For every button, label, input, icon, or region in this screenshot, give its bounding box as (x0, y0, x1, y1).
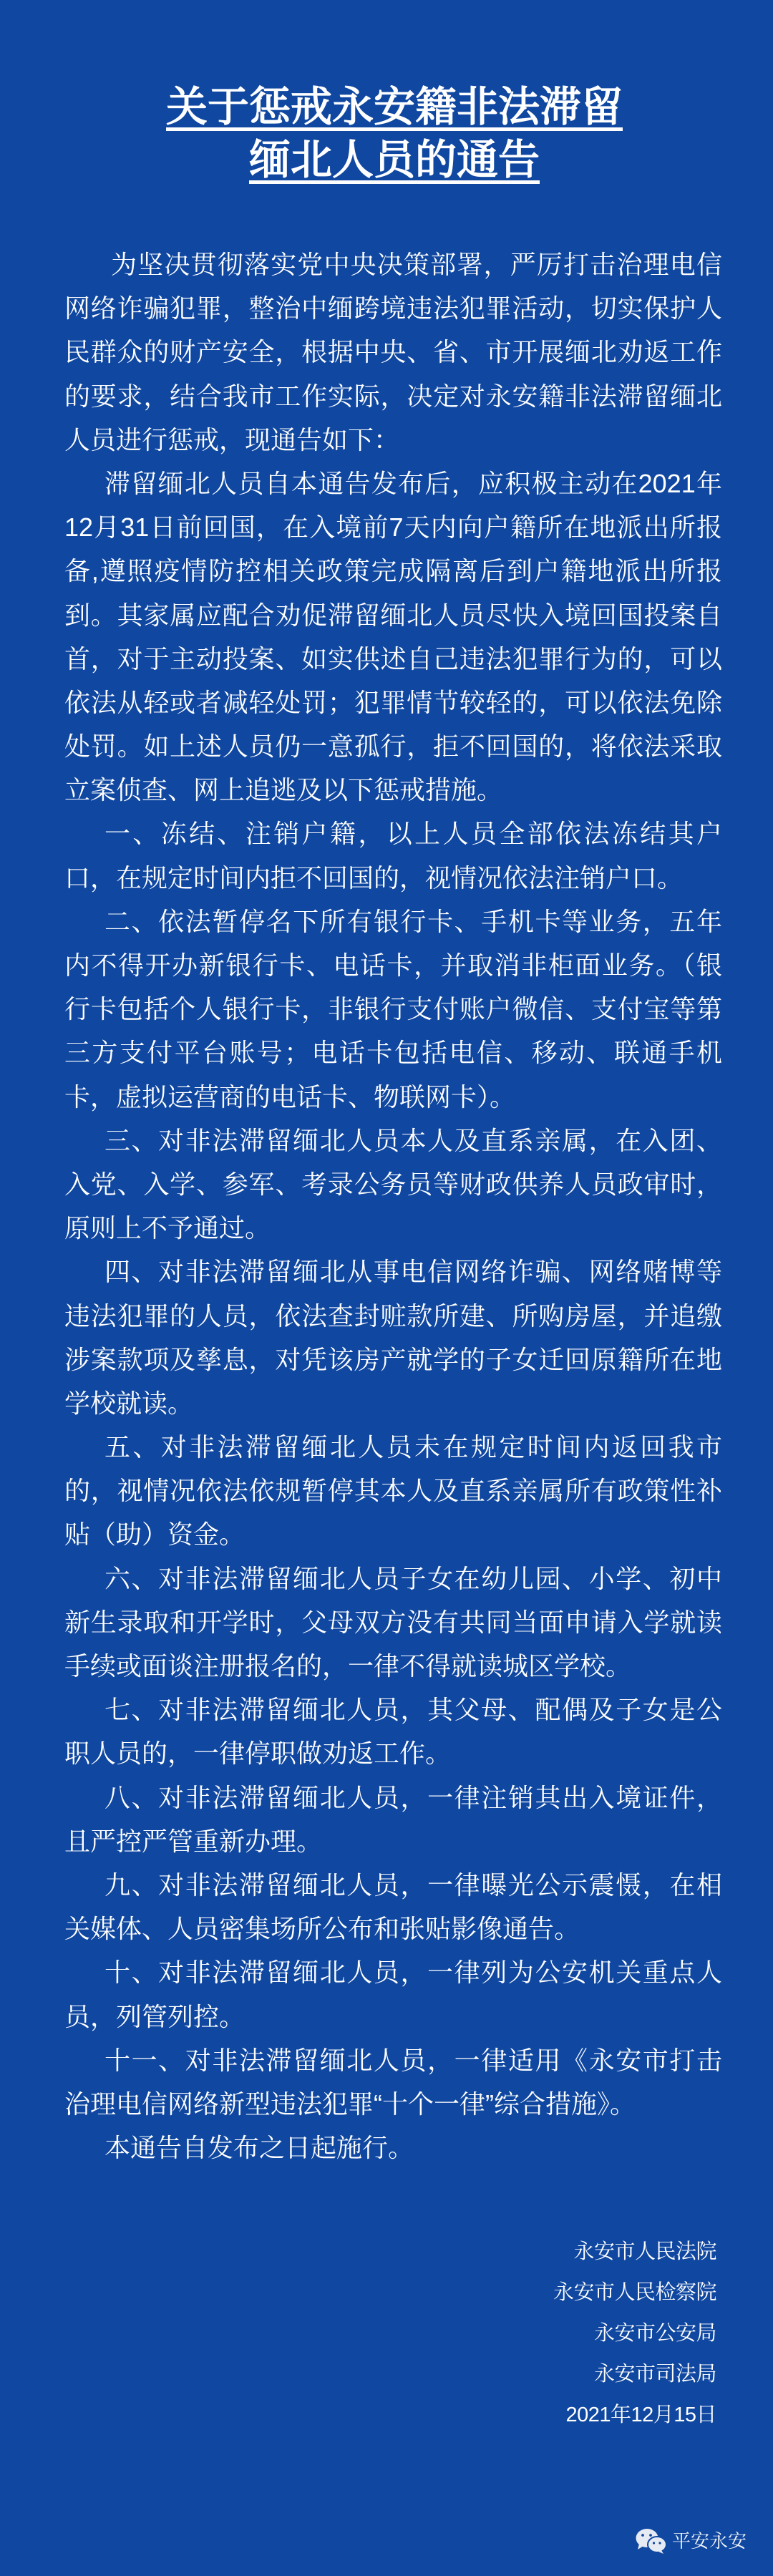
paragraph-intro: 为坚决贯彻落实党中央决策部署，严厉打击治理电信 网络诈骗犯罪，整治中缅跨境违法犯… (64, 243, 722, 462)
text-line: 学校就读。 (64, 1381, 722, 1425)
text-line: 原则上不予通过。 (64, 1206, 722, 1250)
paragraph-effective-date: 本通告自发布之日起施行。 (64, 2126, 722, 2169)
text-line: 十一、对非法滞留缅北人员，一律适用《永安市打击 (64, 2038, 722, 2082)
text-line: 涉案款项及孳息，对凭该房产就学的子女迁回原籍所在地 (64, 1338, 722, 1381)
text-line: 到。其家属应配合劝促滞留缅北人员尽快入境回国投案自 (64, 593, 722, 637)
text-line: 贴（助）资金。 (64, 1512, 722, 1556)
text-line: 七、对非法滞留缅北人员，其父母、配偶及子女是公 (64, 1688, 722, 1731)
measure-4-property-seizure: 四、对非法滞留缅北从事电信网络诈骗、网络赌博等 违法犯罪的人员，依法查封赃款所建… (64, 1250, 722, 1425)
text-line: 滞留缅北人员自本通告发布后，应积极主动在2021年 (64, 462, 722, 505)
text-line: 九、对非法滞留缅北人员，一律曝光公示震慑，在相 (64, 1863, 722, 1907)
measure-3-political-review: 三、对非法滞留缅北人员本人及直系亲属，在入团、 入党、入学、参军、考录公务员等财… (64, 1119, 722, 1250)
text-line: 违法犯罪的人员，依法查封赃款所建、所购房屋，并追缴 (64, 1294, 722, 1338)
signatory-procuratorate: 永安市人民检察院 (553, 2273, 716, 2313)
signatory-justice-bureau: 永安市司法局 (553, 2354, 716, 2395)
text-line: 的，视情况依法依规暂停其本人及直系亲属所有政策性补 (64, 1469, 722, 1512)
text-line: 且严控严管重新办理。 (64, 1819, 722, 1863)
text-line: 治理电信网络新型违法犯罪“十个一律”综合措施》。 (64, 2082, 722, 2126)
text-line: 二、依法暂停名下所有银行卡、手机卡等业务，五年 (64, 900, 722, 943)
wechat-icon (635, 2528, 668, 2554)
measure-8-exit-entry-documents: 八、对非法滞留缅北人员，一律注销其出入境证件， 且严控严管重新办理。 (64, 1776, 722, 1863)
signatory-public-security-bureau: 永安市公安局 (553, 2313, 716, 2354)
measure-11-comprehensive-measures: 十一、对非法滞留缅北人员，一律适用《永安市打击 治理电信网络新型违法犯罪“十个一… (64, 2038, 722, 2126)
signature-block: 永安市人民法院 永安市人民检察院 永安市公安局 永安市司法局 2021年12月1… (553, 2232, 716, 2436)
notice-title-line-2: 缅北人员的通告 (0, 140, 773, 184)
wechat-watermark: 平安永安 (635, 2527, 747, 2555)
title-text: 缅北人员的通告 (249, 140, 540, 184)
text-line: 入党、入学、参军、考录公务员等财政供养人员政审时， (64, 1162, 722, 1206)
notice-title-line-1: 关于惩戒永安籍非法滞留 (0, 87, 773, 131)
account-name: 平安永安 (672, 2528, 747, 2554)
text-line: 人员进行惩戒，现通告如下： (64, 418, 722, 462)
notice-poster: 关于惩戒永安籍非法滞留 缅北人员的通告 为坚决贯彻落实党中央决策部署，严厉打击治… (0, 0, 773, 2576)
text-line: 立案侦查、网上追逃及以下惩戒措施。 (64, 768, 722, 812)
text-line: 行卡包括个人银行卡，非银行支付账户微信、支付宝等第 (64, 987, 722, 1031)
text-line: 为坚决贯彻落实党中央决策部署，严厉打击治理电信 (64, 243, 722, 286)
text-line: 新生录取和开学时，父母双方没有共同当面申请入学就读 (64, 1600, 722, 1644)
text-line: 四、对非法滞留缅北从事电信网络诈骗、网络赌博等 (64, 1250, 722, 1293)
text-line: 三、对非法滞留缅北人员本人及直系亲属，在入团、 (64, 1119, 722, 1162)
text-line: 备,遵照疫情防控相关政策完成隔离后到户籍地派出所报 (64, 549, 722, 593)
text-line: 口，在规定时间内拒不回国的，视情况依法注销户口。 (64, 856, 722, 900)
text-line: 内不得开办新银行卡、电话卡，并取消非柜面业务。（银 (64, 943, 722, 987)
text-line: 五、对非法滞留缅北人员未在规定时间内返回我市 (64, 1425, 722, 1469)
text-line: 民群众的财产安全，根据中央、省、市开展缅北劝返工作 (64, 330, 722, 374)
text-line: 网络诈骗犯罪，整治中缅跨境违法犯罪活动，切实保护人 (64, 286, 722, 330)
text-line: 三方支付平台账号；电话卡包括电信、移动、联通手机 (64, 1031, 722, 1074)
text-line: 一、冻结、注销户籍，以上人员全部依法冻结其户 (64, 812, 722, 855)
text-line: 首，对于主动投案、如实供述自己违法犯罪行为的，可以 (64, 637, 722, 681)
paragraph-return-deadline: 滞留缅北人员自本通告发布后，应积极主动在2021年 12月31日前回国，在入境前… (64, 462, 722, 812)
measure-1-household-registration: 一、冻结、注销户籍，以上人员全部依法冻结其户 口，在规定时间内拒不回国的，视情况… (64, 812, 722, 899)
text-line: 关媒体、人员密集场所公布和张贴影像通告。 (64, 1907, 722, 1950)
text-line: 的要求，结合我市工作实际，决定对永安籍非法滞留缅北 (64, 374, 722, 418)
text-line: 手续或面谈注册报名的，一律不得就读城区学校。 (64, 1644, 722, 1688)
text-line: 本通告自发布之日起施行。 (64, 2126, 722, 2169)
issue-date: 2021年12月15日 (553, 2395, 716, 2436)
signatory-court: 永安市人民法院 (553, 2232, 716, 2273)
title-text: 关于惩戒永安籍非法滞留 (166, 87, 623, 131)
measure-10-key-personnel: 十、对非法滞留缅北人员，一律列为公安机关重点人 员，列管列控。 (64, 1950, 722, 2038)
measure-7-public-employee-relatives: 七、对非法滞留缅北人员，其父母、配偶及子女是公 职人员的，一律停职做劝返工作。 (64, 1688, 722, 1775)
text-line: 卡，虚拟运营商的电话卡、物联网卡）。 (64, 1075, 722, 1119)
text-line: 八、对非法滞留缅北人员，一律注销其出入境证件， (64, 1776, 722, 1819)
text-line: 职人员的，一律停职做劝返工作。 (64, 1731, 722, 1775)
text-line: 12月31日前回国，在入境前7天内向户籍所在地派出所报 (64, 505, 722, 549)
text-line: 处罚。如上述人员仍一意孤行，拒不回国的，将依法采取 (64, 724, 722, 768)
text-line: 六、对非法滞留缅北人员子女在幼儿园、小学、初中 (64, 1557, 722, 1600)
text-line: 依法从轻或者减轻处罚；犯罪情节较轻的，可以依法免除 (64, 681, 722, 724)
text-line: 员，列管列控。 (64, 1995, 722, 2038)
measure-6-school-enrollment: 六、对非法滞留缅北人员子女在幼儿园、小学、初中 新生录取和开学时，父母双方没有共… (64, 1557, 722, 1688)
notice-body: 为坚决贯彻落实党中央决策部署，严厉打击治理电信 网络诈骗犯罪，整治中缅跨境违法犯… (64, 243, 722, 2169)
measure-2-bank-phone-cards: 二、依法暂停名下所有银行卡、手机卡等业务，五年 内不得开办新银行卡、电话卡，并取… (64, 900, 722, 1119)
measure-5-subsidy-suspension: 五、对非法滞留缅北人员未在规定时间内返回我市 的，视情况依法依规暂停其本人及直系… (64, 1425, 722, 1557)
text-line: 十、对非法滞留缅北人员，一律列为公安机关重点人 (64, 1950, 722, 1994)
measure-9-public-exposure: 九、对非法滞留缅北人员，一律曝光公示震慑，在相 关媒体、人员密集场所公布和张贴影… (64, 1863, 722, 1950)
